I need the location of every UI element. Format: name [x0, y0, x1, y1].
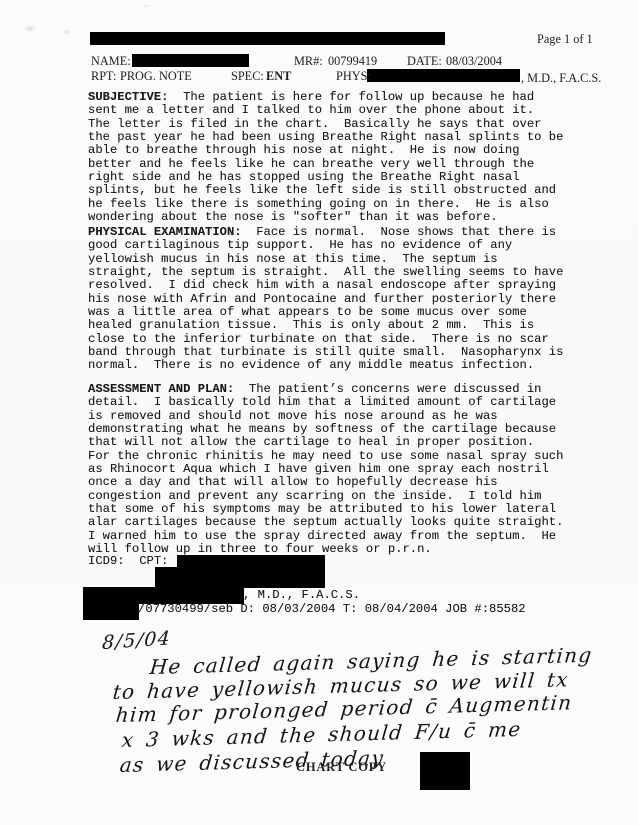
redaction-bar-letterhead [90, 32, 445, 45]
report-type-value: PROG. NOTE [120, 69, 192, 84]
transcription-job-line: /07730499/seb D: 08/03/2004 T: 08/04/200… [138, 603, 526, 616]
specialty-value: ENT [266, 69, 291, 84]
signature-credentials: , M.D., F.A.C.S. [243, 589, 360, 602]
scan-speck [24, 25, 36, 32]
section-physical-examination: PHYSICAL EXAMINATION: Face is normal. No… [88, 226, 563, 373]
redaction-bar-patient-name [132, 54, 249, 67]
report-type-label: RPT: [91, 69, 116, 84]
chart-copy-stamp: CHART COPY [296, 760, 387, 775]
section-heading: ASSESSMENT AND PLAN: [88, 382, 234, 396]
scanned-progress-note-page: Page 1 of 1 NAME: MR#: 00799419 DATE: 08… [0, 0, 638, 825]
redaction-bar-transcription-id [83, 601, 139, 620]
physician-label: PHYS: [336, 69, 371, 84]
section-subjective: SUBJECTIVE: The patient is here for foll… [88, 91, 563, 224]
mr-label: MR#: [294, 54, 323, 69]
section-body: Face is normal. Nose shows that there is… [88, 225, 563, 372]
date-value: 08/03/2004 [446, 54, 502, 69]
scan-speck [142, 4, 150, 8]
physician-credentials: , M.D., F.A.C.S. [521, 71, 601, 86]
section-heading: PHYSICAL EXAMINATION: [88, 225, 242, 239]
specialty-label: SPEC: [231, 69, 264, 84]
section-body: The patient’s concerns were discussed in… [88, 382, 563, 556]
handwritten-date: 8/5/04 [101, 627, 171, 654]
section-body: The patient is here for follow up becaus… [88, 90, 563, 224]
redaction-box-bottom [420, 752, 470, 790]
mr-value: 00799419 [328, 54, 377, 69]
section-heading: SUBJECTIVE: [88, 90, 168, 104]
page-number: Page 1 of 1 [537, 32, 593, 47]
name-label: NAME: [91, 54, 131, 69]
redaction-bar-physician-name [367, 69, 520, 82]
icd9-cpt-line: ICD9: CPT: [88, 555, 168, 568]
scan-speck [62, 29, 71, 35]
redaction-bar-cpt-codes-2 [155, 567, 325, 588]
section-assessment-and-plan: ASSESSMENT AND PLAN: The patient’s conce… [88, 383, 563, 556]
date-label: DATE: [407, 54, 442, 69]
